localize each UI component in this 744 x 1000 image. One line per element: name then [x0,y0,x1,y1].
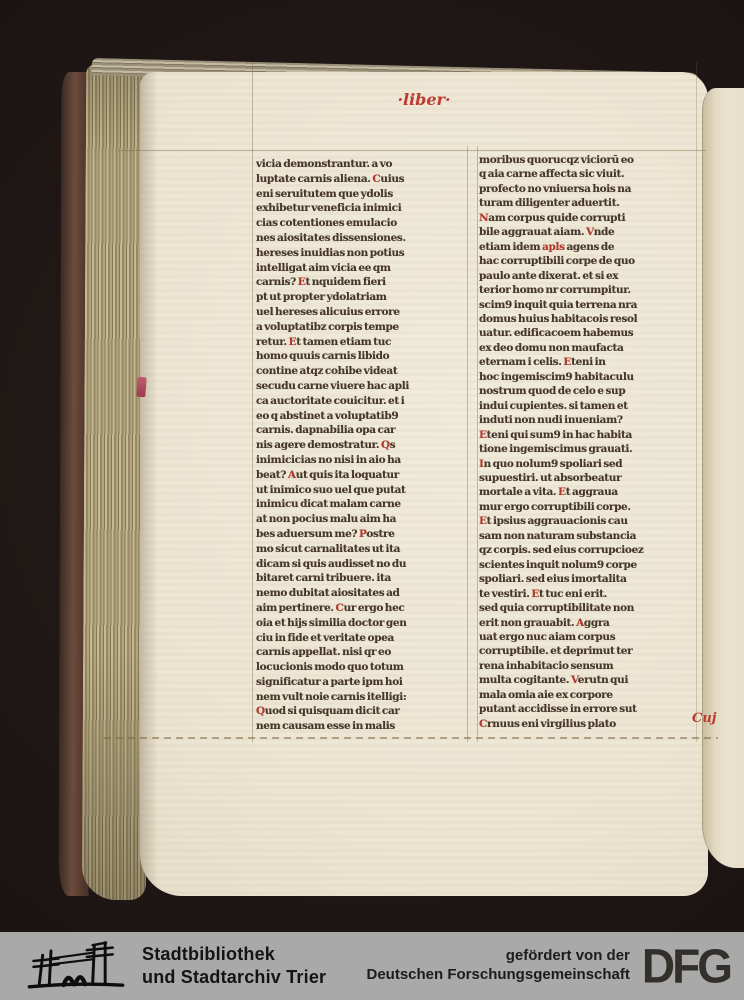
manuscript-line: bes aduersum me? Postre [256,527,469,542]
manuscript-line: homo quuis carnis libido [256,349,469,364]
manuscript-line: mala omia aie ex corpore [479,688,699,702]
manuscript-line: mur ergo corruptibili corpe. [479,500,699,514]
rubricated-initial: Q [381,439,390,451]
ruling-line-horizontal-bottom [104,737,718,739]
manuscript-line: carnis? Et nquidem fieri [256,275,469,290]
library-name-line1: Stadtbibliothek [142,943,326,966]
manuscript-line: at non pocius malu aim ha [256,512,469,527]
manuscript-line: q aia carne affecta sic viuit. [479,167,699,181]
library-name: Stadtbibliothek und Stadtarchiv Trier [142,943,326,990]
manuscript-line: uat ergo nuc aiam corpus [479,630,699,644]
manuscript-line: domus huius habitacois resol [479,312,699,326]
manuscript-line: In quo nolum9 spoliari sed [479,457,699,471]
manuscript-line: vicia demonstrantur. a vo [256,157,469,172]
manuscript-line: Nam corpus quide corrupti [479,211,699,225]
manuscript-line: qz corpis. sed eius corrupcioez [479,543,699,557]
rubricated-initial: V [571,674,578,686]
manuscript-line: mo sicut carnalitates ut ita [256,542,469,557]
manuscript-line: indui cupientes. si tamen et [479,399,699,413]
library-credit: Stadtbibliothek und Stadtarchiv Trier [0,938,326,994]
manuscript-line: sed quia corruptibilitate non [479,601,699,615]
rubricated-initial: E [531,588,539,600]
manuscript-line: oia et hijs similia doctor gen [256,616,469,631]
manuscript-line: eni seruitutem que ydolis [256,187,469,202]
manuscript-line: bile aggrauat aiam. Vnde [479,225,699,239]
library-name-line2: und Stadtarchiv Trier [142,966,326,989]
manuscript-line: inimicicias no nisi in aio ha [256,453,469,468]
dfg-credit-line2: Deutschen Forschungsgemeinschaft [367,966,630,985]
bookmark-tab [136,377,146,398]
facing-page-edge [702,88,744,868]
manuscript-line: rena inhabitacio sensum [479,659,699,673]
running-title: ·liber· [140,90,708,109]
manuscript-line: terior homo nr corrumpitur. [479,283,699,297]
rubricated-initial: N [479,212,488,224]
manuscript-line: significatur a parte ipm hoi [256,675,469,690]
quire-mark: Cuj [692,711,717,726]
manuscript-line: nis agere demostratur. Qs [256,438,469,453]
manuscript-line: locucionis modo quo totum [256,660,469,675]
manuscript-line: ex deo domu non maufacta [479,341,699,355]
manuscript-line: paulo ante dixerat. et si ex [479,269,699,283]
rubricated-initial: E [558,486,566,498]
manuscript-line: beat? Aut quis ita loquatur [256,468,469,483]
manuscript-line: te vestiri. Et tuc eni erit. [479,587,699,601]
manuscript-line: uatur. edificacoem habemus [479,326,699,340]
manuscript-line: hereses inuidias non potius [256,246,469,261]
manuscript-line: supuestiri. ut absorbeatur [479,471,699,485]
manuscript-line: ca auctoritate couicitur. et i [256,394,469,409]
manuscript-line: scim9 inquit quia terrena nra [479,298,699,312]
manuscript-line: retur. Et tamen etiam tuc [256,335,469,350]
manuscript-line: exhibetur veneficia inimici [256,201,469,216]
rubricated-initial: V [586,226,594,238]
manuscript-line: ciu in fide et veritate opea [256,631,469,646]
rubricated-initial: C [479,718,487,730]
manuscript-line: etiam idem apls agens de [479,240,699,254]
manuscript-line: corruptibile. et deprimut ter [479,644,699,658]
manuscript-line: aim pertinere. Cur ergo hec [256,601,469,616]
manuscript-line: nemo dubitat aiositates ad [256,586,469,601]
manuscript-line: profecto no vniuersa hois na [479,182,699,196]
manuscript-line: scientes inquit nolum9 corpe [479,558,699,572]
manuscript-line: bitaret carni tribuere. ita [256,571,469,586]
manuscript-line: dicam si quis audisset no du [256,557,469,572]
manuscript-line: luptate carnis aliena. Cuius [256,172,469,187]
manuscript-line: tione ingemiscimus grauati. [479,442,699,456]
manuscript-line: hac corruptibili corpe de quo [479,254,699,268]
manuscript-line: a voluptatibz corpis tempe [256,320,469,335]
manuscript-line: erit non grauabit. Aggra [479,616,699,630]
footer-bar: Stadtbibliothek und Stadtarchiv Trier ge… [0,932,744,1000]
manuscript-line: pt ut propter ydolatriam [256,290,469,305]
manuscript-line: moribus quorucqz viciorū eo [479,153,699,167]
manuscript-line: Et ipsius aggrauacionis cau [479,514,699,528]
manuscript-line: putant accidisse in errore sut [479,702,699,716]
manuscript-line: mortale a vita. Et aggraua [479,485,699,499]
manuscript-line: nem vult noie carnis itelligi: [256,690,469,705]
rubricated-initial: apls [542,241,565,253]
porta-nigra-logo [26,938,126,994]
manuscript-line: secudu carne viuere hac apli [256,379,469,394]
manuscript-line: nem causam esse in malis [256,719,469,734]
manuscript-line: carnis appellat. nisi qr eo [256,645,469,660]
manuscript-line: nostrum quod de celo e sup [479,384,699,398]
ruling-line-vertical-left [252,62,253,742]
manuscript-line: eternam i celis. Eteni in [479,355,699,369]
rubricated-initial: Q [256,705,265,717]
manuscript-line: intelligat aim vicia ee qm [256,261,469,276]
manuscript-line: induti non nudi inueniam? [479,413,699,427]
manuscript-line: cias cotentiones emulacio [256,216,469,231]
text-column-left: vicia demonstrantur. a voluptate carnis … [256,157,469,734]
manuscript-line: uel hereses alicuius errore [256,305,469,320]
manuscript-line: inimicu dicat malam carne [256,497,469,512]
dfg-credit-line1: gefördert von der [367,947,630,966]
manuscript-line: eo q abstinet a voluptatib9 [256,409,469,424]
text-column-right: moribus quorucqz viciorū eoq aia carne a… [479,153,699,731]
manuscript-line: nes aiositates dissensiones. [256,231,469,246]
manuscript-line: Quod si quisquam dicit car [256,704,469,719]
manuscript-line: multa cogitante. Verutn qui [479,673,699,687]
rubricated-initial: E [479,429,487,441]
manuscript-line: ut inimico suo uel que putat [256,483,469,498]
dfg-credit-text: gefördert von der Deutschen Forschungsge… [367,947,630,985]
rubricated-initial: A [576,617,584,629]
manuscript-line: carnis. dapnabilia opa car [256,423,469,438]
manuscript-line: hoc ingemiscim9 habitaculu [479,370,699,384]
manuscript-line: spoliari. sed eius imortalita [479,572,699,586]
dfg-logo: DFG [642,938,736,994]
manuscript-line: contine atqz cohibe videat [256,364,469,379]
rubricated-initial: E [479,515,487,527]
photo-backdrop: ·liber· vicia demonstrantur. a voluptate… [0,0,744,1000]
manuscript-line: Eteni qui sum9 in hac habita [479,428,699,442]
ruling-line-horizontal-top [118,150,706,151]
dfg-credit: gefördert von der Deutschen Forschungsge… [367,939,744,993]
manuscript-line: turam diligenter aduertit. [479,196,699,210]
ruling-line-vertical-mid-right [477,146,478,742]
rubricated-initial: E [563,356,571,368]
manuscript-line: sam non naturam substancia [479,529,699,543]
rubricated-initial: A [288,469,296,481]
rubricated-initial: C [336,602,344,614]
manuscript-line: Crnuus eni virgilius plato [479,717,699,731]
